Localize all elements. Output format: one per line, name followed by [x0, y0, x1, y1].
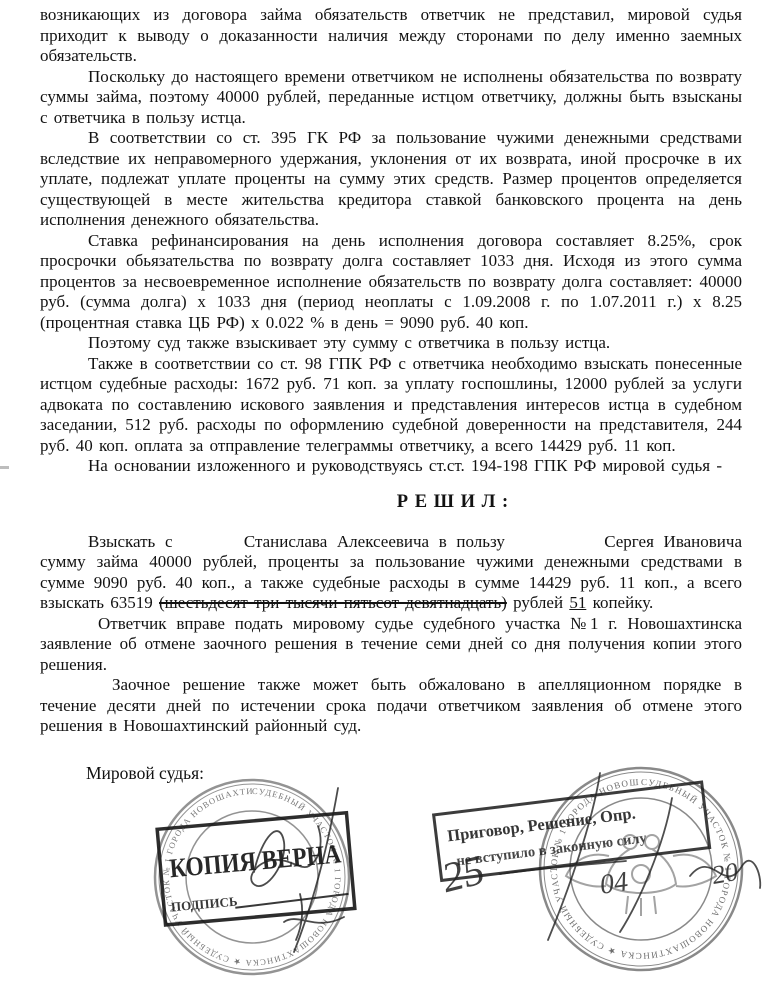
svg-text:СУДЕБНЫЙ УЧАСТОК № 1 ГОРОДА НО: СУДЕБНЫЙ УЧАСТОК № 1 ГОРОДА НОВОШАХТИНСК… [104, 774, 343, 968]
stamp-signature-strokes [500, 773, 760, 940]
signature-caption: ПОДПИСЬ [170, 894, 238, 915]
paragraph-debt-unpaid: Поскольку до настоящего времени ответчик… [40, 67, 742, 129]
document-body: возникающих из договора займа обязательс… [40, 5, 742, 784]
court-document-page: возникающих из договора займа обязательс… [0, 0, 768, 982]
handwritten-year: 20 [710, 857, 741, 890]
resolution-text-segment: копейку. [586, 593, 653, 612]
round-seal-right [540, 768, 742, 970]
copy-true-label: КОПИЯ ВЕРНА [168, 838, 342, 883]
signature-label: Мировой судья: [86, 763, 742, 784]
redacted-name-gap [182, 546, 234, 547]
right-seal-ring-text: СУДЕБНЫЙ УЧАСТОК № 1 ГОРОДА НОВОШАХТИНСК… [424, 754, 733, 961]
not-in-force-label: не вступило в законную силу [456, 830, 649, 869]
paragraph-article-395: В соответствии со ст. 395 ГК РФ за польз… [40, 128, 742, 231]
paragraph-loan-obligations: возникающих из договора займа обязательс… [40, 5, 742, 67]
struck-amount-in-words: (шестьдесят три тысячи пятьсот девятнадц… [159, 593, 507, 612]
paragraph-court-collects: Поэтому суд также взыскивает эту сумму с… [40, 333, 742, 354]
scan-edge-artifact [0, 466, 9, 469]
svg-text:СУДЕБНЫЙ УЧАСТОК № 1 ГОРОДА НО: СУДЕБНЫЙ УЧАСТОК № 1 ГОРОДА НОВОШАХТИНСК… [424, 754, 733, 961]
handwritten-day: 25 [437, 847, 489, 902]
paragraph-appeal-cancel: Ответчик вправе подать мировому судье су… [40, 614, 742, 676]
resolution-heading: Р Е Ш И Л : [102, 492, 768, 513]
paragraph-appeal-appellate: Заочное решение также может быть обжалов… [40, 675, 742, 737]
round-seal-left [155, 780, 349, 974]
resolution-text-segment: рублей [507, 593, 569, 612]
not-in-force-rect-stamp: Приговор, Решение, Опр. не вступило в за… [434, 782, 710, 880]
handwritten-date: 25 04 20 [437, 847, 740, 902]
legal-force-stamp: СУДЕБНЫЙ УЧАСТОК № 1 ГОРОДА НОВОШАХТИНСК… [424, 754, 768, 982]
handwritten-month: 04 [598, 866, 630, 901]
verdict-decision-label: Приговор, Решение, Опр. [446, 803, 636, 845]
double-eagle-emblem-icon [566, 835, 716, 916]
copy-true-rect-stamp: КОПИЯ ВЕРНА ПОДПИСЬ [157, 813, 355, 925]
redacted-name-gap [515, 546, 595, 547]
left-seal-ring-text: СУДЕБНЫЙ УЧАСТОК № 1 ГОРОДА НОВОШАХТИНСК… [104, 774, 343, 968]
paragraph-interest-calculation: Ставка рефинансирования на день исполнен… [40, 231, 742, 334]
resolution-paragraph: Взыскать с Станислава Алексеевича в поль… [40, 532, 742, 614]
resolution-text-segment: Станислава Алексеевича в пользу [234, 532, 514, 551]
paragraph-legal-basis: На основании изложенного и руководствуяс… [40, 456, 742, 477]
underlined-kopecks: 51 [569, 593, 586, 612]
copy-certified-stamp: СУДЕБНЫЙ УЧАСТОК № 1 ГОРОДА НОВОШАХТИНСК… [104, 774, 396, 982]
resolution-text-segment: Взыскать с [88, 532, 182, 551]
paragraph-court-costs: Также в соответствии со ст. 98 ГПК РФ с … [40, 354, 742, 457]
judge-signature [251, 788, 344, 952]
